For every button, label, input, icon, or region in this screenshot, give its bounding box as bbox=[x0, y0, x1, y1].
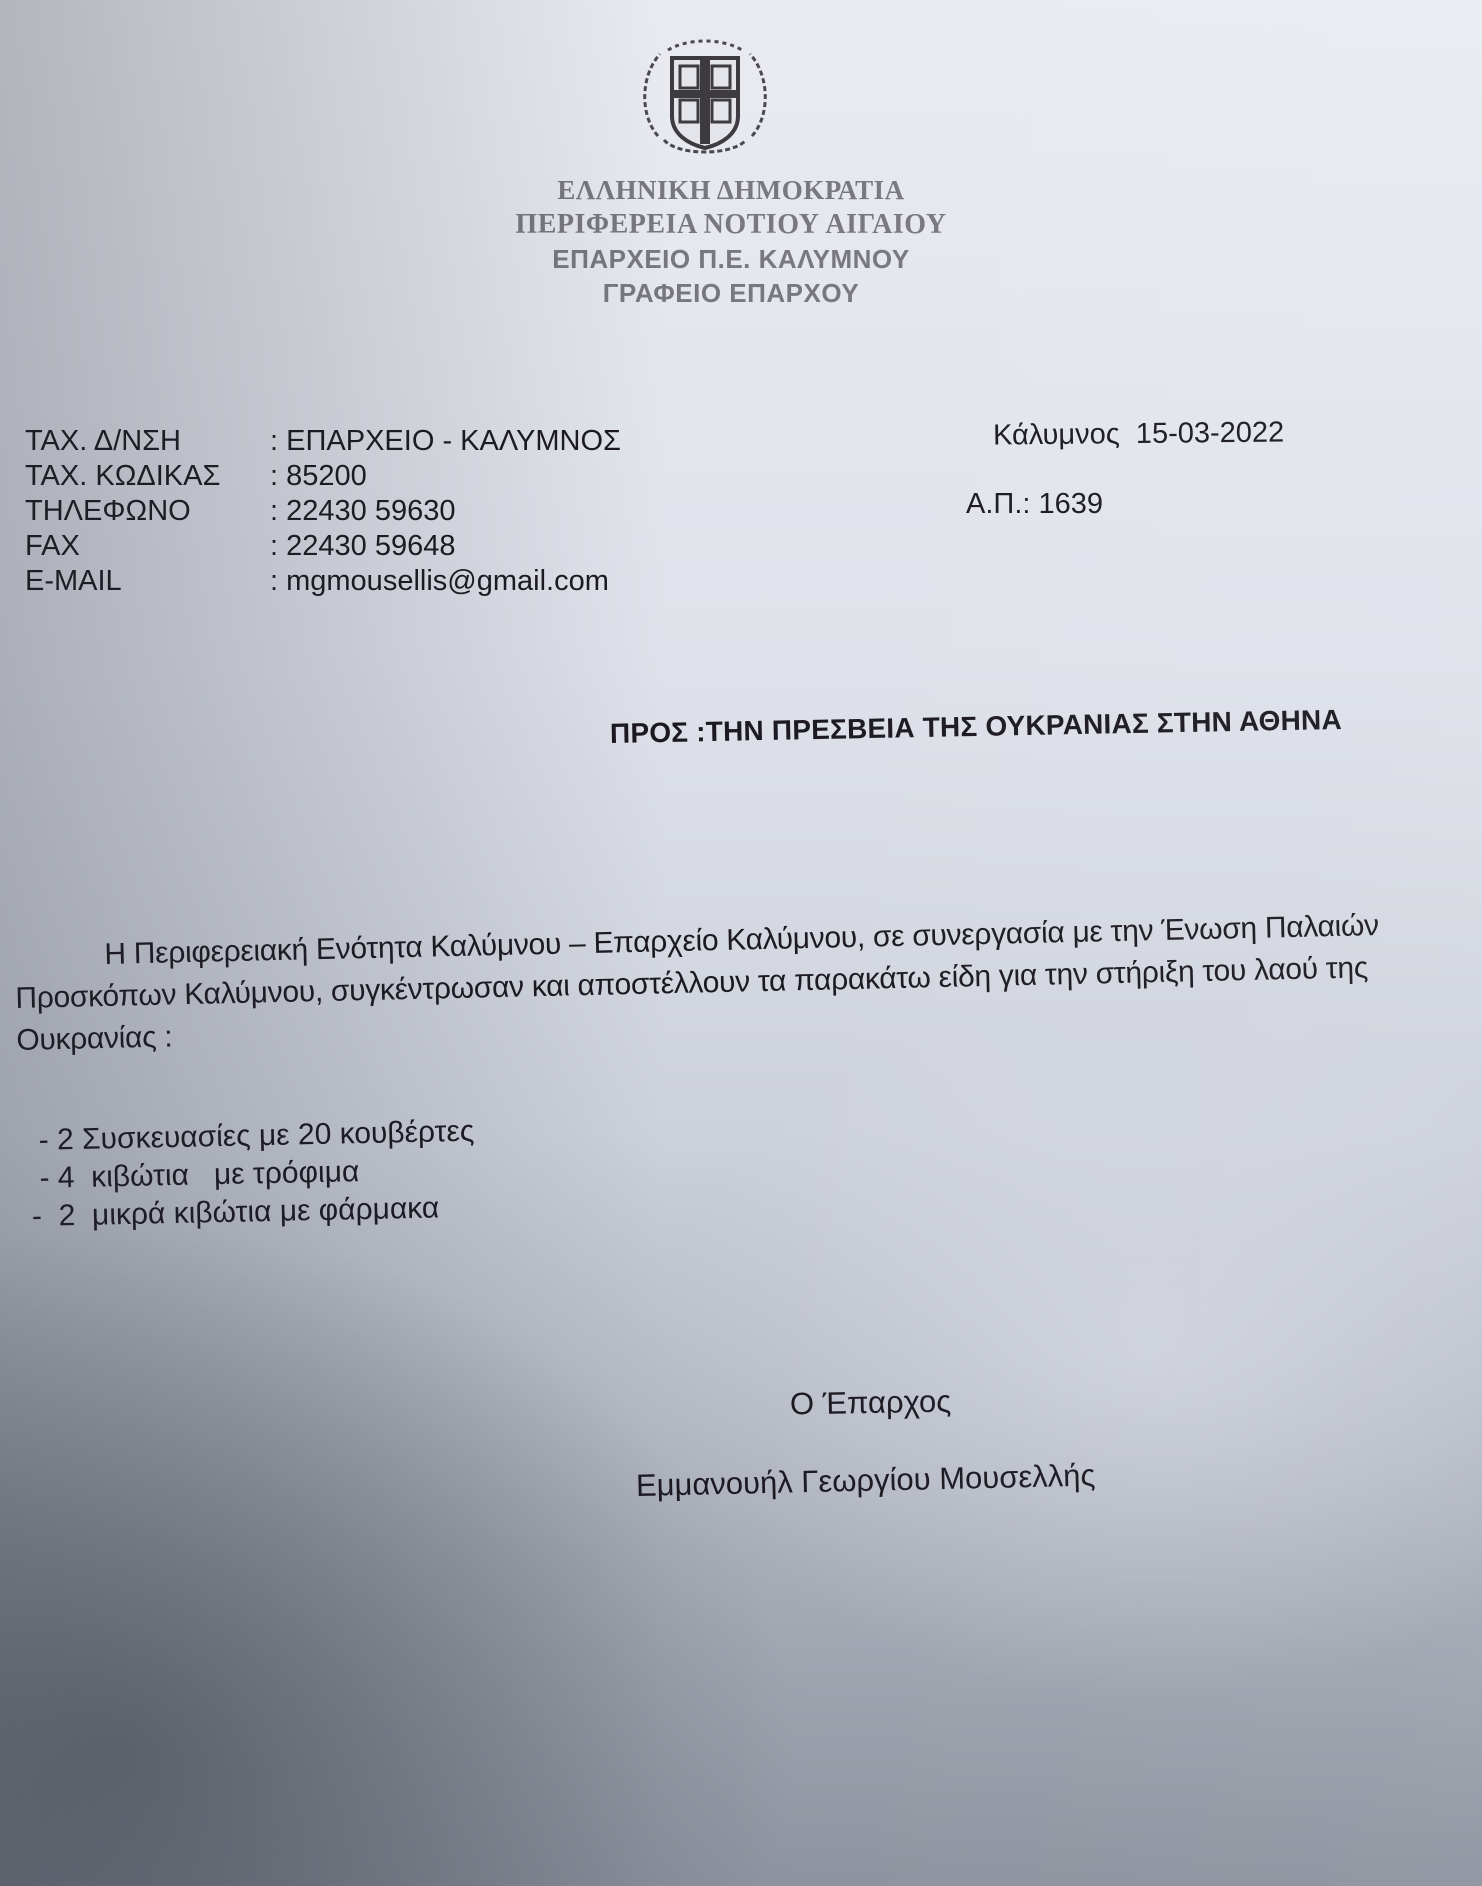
protocol-number: Α.Π.: 1639 bbox=[966, 488, 1103, 521]
contact-row-email: E-MAIL : mgmousellis@gmail.com bbox=[25, 564, 621, 599]
greek-coat-of-arms-icon bbox=[638, 36, 772, 160]
items-list: - 2 Συσκευασίες με 20 κουβέρτες - 4 κιβώ… bbox=[30, 1113, 476, 1236]
contact-block: ΤΑΧ. Δ/ΝΣΗ : ΕΠΑΡΧΕΙΟ - ΚΑΛΥΜΝΟΣ ΤΑΧ. ΚΩ… bbox=[25, 424, 621, 599]
contact-value: : ΕΠΑΡΧΕΙΟ - ΚΑΛΥΜΝΟΣ bbox=[270, 424, 621, 459]
contact-label: ΤΑΧ. Δ/ΝΣΗ bbox=[25, 424, 270, 459]
contact-row-postcode: ΤΑΧ. ΚΩΔΙΚΑΣ : 85200 bbox=[25, 459, 621, 494]
place-date: Κάλυμνος 15-03-2022 bbox=[993, 416, 1285, 452]
signatory-name: Εμμανουήλ Γεωργίου Μουσελλής bbox=[636, 1458, 1096, 1504]
letter-body: Η Περιφερειακή Ενότητα Καλύμνου – Επαρχε… bbox=[14, 903, 1482, 1062]
contact-value: : mgmousellis@gmail.com bbox=[270, 564, 609, 599]
contact-value: : 22430 59630 bbox=[270, 494, 455, 529]
body-paragraph: Η Περιφερειακή Ενότητα Καλύμνου – Επαρχε… bbox=[14, 903, 1482, 1062]
header-department: ΓΡΑΦΕΙΟ ΕΠΑΡΧΟΥ bbox=[0, 278, 1462, 309]
list-item: - 2 μικρά κιβώτια με φάρμακα bbox=[32, 1189, 477, 1236]
contact-value: : 22430 59648 bbox=[270, 529, 455, 564]
contact-row-address: ΤΑΧ. Δ/ΝΣΗ : ΕΠΑΡΧΕΙΟ - ΚΑΛΥΜΝΟΣ bbox=[25, 424, 621, 459]
letter-page: ΕΛΛΗΝΙΚΗ ΔΗΜΟΚΡΑΤΙΑ ΠΕΡΙΦΕΡΕΙΑ ΝΟΤΙΟΥ ΑΙ… bbox=[0, 0, 1482, 1886]
header-region: ΠΕΡΙΦΕΡΕΙΑ ΝΟΤΙΟΥ ΑΙΓΑΙΟΥ bbox=[0, 209, 1462, 241]
contact-value: : 85200 bbox=[270, 459, 367, 494]
recipient-line: ΠΡΟΣ :ΤΗΝ ΠΡΕΣΒΕΙΑ ΤΗΣ ΟΥΚΡΑΝΙΑΣ ΣΤΗΝ ΑΘ… bbox=[610, 704, 1342, 750]
header-country: ΕΛΛΗΝΙΚΗ ΔΗΜΟΚΡΑΤΙΑ bbox=[0, 175, 1462, 206]
contact-row-phone: ΤΗΛΕΦΩΝΟ : 22430 59630 bbox=[25, 494, 621, 529]
contact-label: ΤΗΛΕΦΩΝΟ bbox=[25, 494, 270, 529]
contact-label: FAX bbox=[25, 529, 270, 564]
contact-label: E-MAIL bbox=[25, 564, 270, 599]
contact-label: ΤΑΧ. ΚΩΔΙΚΑΣ bbox=[25, 459, 270, 494]
header-office: ΕΠΑΡΧΕΙΟ Π.Ε. ΚΑΛΥΜΝΟΥ bbox=[0, 244, 1462, 275]
signatory-title: Ο Έπαρχος bbox=[790, 1384, 952, 1423]
contact-row-fax: FAX : 22430 59648 bbox=[25, 529, 621, 564]
